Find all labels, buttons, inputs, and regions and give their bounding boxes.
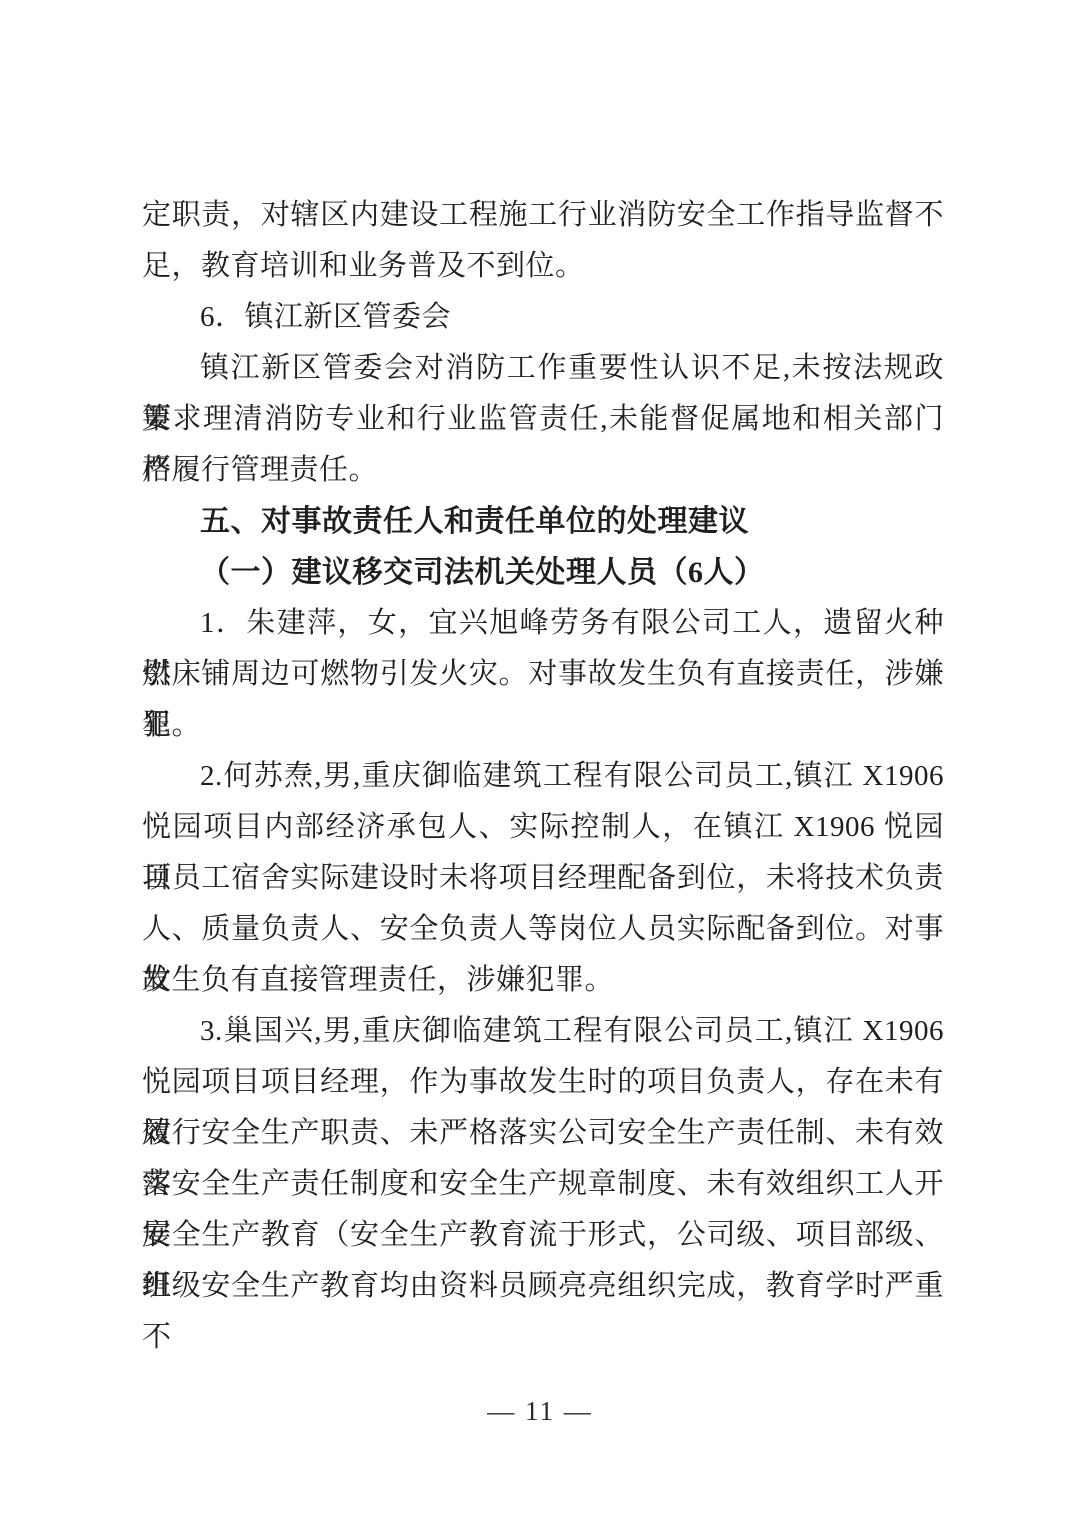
text-line: 足，教育培训和业务普及不到位。 <box>142 241 944 292</box>
text-line: 1．朱建萍，女，宜兴旭峰劳务有限公司工人，遗留火种引 <box>142 598 944 649</box>
text-line: 悦园项目内部经济承包人、实际控制人，在镇江 X1906 悦园项 <box>142 802 944 853</box>
text-line: 要求理清消防专业和行业监管责任,未能督促属地和相关部门严 <box>142 394 944 445</box>
text-line: 3.巢国兴,男,重庆御临建筑工程有限公司员工,镇江 X1906 <box>142 1006 944 1057</box>
page-number: — 11 — <box>0 1396 1080 1427</box>
text-line: 燃床铺周边可燃物引发火灾。对事故发生负有直接责任，涉嫌犯 <box>142 649 944 700</box>
text-line: 格履行管理责任。 <box>142 445 944 496</box>
text-line: 悦园项目项目经理，作为事故发生时的项目负责人，存在未有效 <box>142 1057 944 1108</box>
text-line: 人、质量负责人、安全负责人等岗位人员实际配备到位。对事故 <box>142 904 944 955</box>
text-line: 目员工宿舍实际建设时未将项目经理配备到位，未将技术负责 <box>142 853 944 904</box>
text-line: 实安全生产责任制度和安全生产规章制度、未有效组织工人开展 <box>142 1159 944 1210</box>
document-body: 定职责，对辖区内建设工程施工行业消防安全工作指导监督不足，教育培训和业务普及不到… <box>142 190 944 1312</box>
text-line: 6．镇江新区管委会 <box>142 292 944 343</box>
text-line: 安全生产教育（安全生产教育流于形式，公司级、项目部级、班 <box>142 1210 944 1261</box>
text-line: 罪。 <box>142 700 944 751</box>
section-heading: 五、对事故责任人和责任单位的处理建议 <box>142 496 944 547</box>
text-line: 2.何苏焘,男,重庆御临建筑工程有限公司员工,镇江 X1906 <box>142 751 944 802</box>
document-page: 定职责，对辖区内建设工程施工行业消防安全工作指导监督不足，教育培训和业务普及不到… <box>0 0 1080 1527</box>
text-line: 组级安全生产教育均由资料员顾亮亮组织完成，教育学时严重不 <box>142 1261 944 1312</box>
section-heading: （一）建议移交司法机关处理人员（6人） <box>142 547 944 598</box>
text-line: 镇江新区管委会对消防工作重要性认识不足,未按法规政策 <box>142 343 944 394</box>
text-line: 履行安全生产职责、未严格落实公司安全生产责任制、未有效落 <box>142 1108 944 1159</box>
text-line: 发生负有直接管理责任，涉嫌犯罪。 <box>142 955 944 1006</box>
text-line: 定职责，对辖区内建设工程施工行业消防安全工作指导监督不 <box>142 190 944 241</box>
